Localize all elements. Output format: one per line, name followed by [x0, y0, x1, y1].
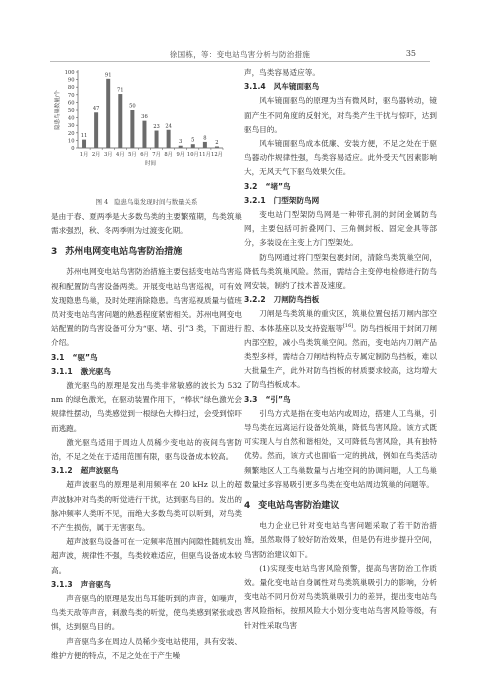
section-heading-3-2-1: 3.2.1门型架防鸟网 [244, 194, 437, 208]
y-tick-label: 80 [68, 85, 75, 91]
section-heading-4: 4变电站鸟害防治建议 [244, 498, 437, 514]
bar-value-label: 5 [191, 138, 194, 144]
paragraph: 激光驱鸟适用于周边人员稀少变电站的夜间鸟害防治，不足之处在于适用范围有限，驱鸟设… [51, 436, 242, 464]
x-tick-label: 9月 [176, 150, 185, 158]
x-tick-label: 2月 [92, 150, 101, 158]
figure-label: 图 4 [96, 198, 109, 206]
running-title: 徐国栋，等：变电站鸟害分析与防治措施 [50, 49, 430, 60]
bar [94, 112, 98, 148]
paragraph: 变电站门型架防鸟网是一种带孔洞的封闭金属防鸟网，主要包括可折叠网门、三角侧封板、… [244, 208, 437, 251]
paragraph: 是由于春、夏两季是大多数鸟类的主要繁殖期，鸟类筑巢需求强烈，秋、冬两季则为过渡变… [51, 210, 242, 238]
figure-caption: 图 4 隐患鸟巢发现时间与数量关系 [51, 196, 242, 208]
y-tick-label: 10 [68, 138, 75, 144]
y-tick-label: 30 [68, 123, 75, 129]
x-tick-label: 8月 [164, 150, 173, 158]
x-tick-label: 12月 [211, 150, 223, 158]
left-column: 0102030405060708090100隐患鸟巢数量/个111月472月91… [51, 66, 242, 663]
bar-value-label: 3 [179, 139, 182, 145]
paragraph: 风车镜面驱鸟的原理为当有微风时，驱鸟器转动，镜面产生不同角度的反射光，对鸟类产生… [244, 94, 437, 137]
bar [215, 146, 219, 148]
y-tick-label: 50 [68, 108, 75, 114]
figure-caption-text: 隐患鸟巢发现时间与数量关系 [114, 198, 197, 206]
y-axis-label: 隐患鸟巢数量/个 [53, 90, 61, 130]
y-tick-label: 60 [68, 100, 75, 106]
paragraph: 声音驱鸟多在周边人员稀少变电站使用，具有安装、维护方便的特点，不足之处在于产生噪 [51, 635, 242, 663]
section-heading-3-2: 3.2“堵”鸟 [244, 180, 437, 194]
paragraph: 激光驱鸟的原理是发出鸟类非常敏感的波长为 532 nm 的绿色激光，在驱动装置作… [51, 379, 242, 436]
section-heading-3-3: 3.3“引”鸟 [244, 393, 437, 407]
running-header: 徐国栋，等：变电站鸟害分析与防治措施 35 [50, 45, 430, 62]
paragraph: 超声波驱鸟的原理是利用频率在 20 kHz 以上的超声波脉冲对鸟类的听觉进行干扰… [51, 478, 242, 535]
paragraph: (1)实现变电站鸟害风险预警，提高鸟害防治工作质效。量化变电站自身属性对鸟类筑巢… [244, 562, 437, 633]
bar-value-label: 24 [165, 123, 172, 129]
paragraph: 声音驱鸟的原理是发出鸟耳能听到的声音，如噪声，鸟类天敌等声音，刺激鸟类的听觉，使… [51, 592, 242, 635]
section-heading-3-1-2: 3.1.2超声波驱鸟 [51, 464, 242, 478]
bar [118, 94, 122, 148]
y-tick-label: 0 [71, 146, 74, 152]
citation-ref: [16] [343, 323, 353, 329]
bar [191, 144, 195, 148]
bar-value-label: 71 [117, 88, 124, 94]
bar [203, 142, 207, 148]
bar [130, 110, 134, 148]
x-tick-label: 1月 [80, 150, 89, 158]
x-tick-label: 3月 [104, 150, 113, 158]
x-axis-label: 时间 [145, 159, 156, 167]
x-tick-label: 6月 [140, 150, 149, 158]
paragraph: 苏州电网变电站鸟害防治措施主要包括变电站鸟害巡视和配置防鸟害设备两类。开展变电站… [51, 265, 242, 350]
paragraph: 超声波驱鸟设备可在一定频率范围内间隙性随机发出超声波，规律性不强，鸟类较难适应，… [51, 535, 242, 578]
paragraph: 刀闸是鸟类筑巢的重灾区，筑巢位置包括刀闸内部空腔、本体基座以及支持瓷瓶等[16]… [244, 307, 437, 392]
bar [106, 79, 110, 148]
x-tick-label: 4月 [116, 150, 125, 158]
x-tick-label: 10月 [187, 150, 199, 158]
y-tick-label: 40 [68, 116, 75, 122]
right-column: 声，鸟类容易适应等。 3.1.4风车镜面驱鸟 风车镜面驱鸟的原理为当有微风时，驱… [244, 66, 437, 633]
section-heading-3-1: 3.1“驱”鸟 [51, 351, 242, 365]
y-tick-label: 70 [68, 93, 75, 99]
paragraph: 声，鸟类容易适应等。 [244, 66, 437, 80]
bar-value-label: 8 [203, 135, 206, 141]
x-tick-label: 11月 [199, 150, 211, 158]
figure-4-chart: 0102030405060708090100隐患鸟巢数量/个111月472月91… [51, 66, 242, 194]
bar-value-label: 2 [215, 140, 218, 146]
bar [142, 121, 146, 148]
y-tick-label: 100 [65, 70, 75, 76]
bar-value-label: 23 [153, 124, 160, 130]
bar-value-label: 11 [81, 133, 88, 139]
bar [179, 146, 183, 148]
section-heading-3-1-3: 3.1.3声音驱鸟 [51, 578, 242, 592]
section-heading-3-2-2: 3.2.2刀闸防鸟挡板 [244, 293, 437, 307]
bar-value-label: 36 [141, 114, 148, 120]
bar-chart: 0102030405060708090100隐患鸟巢数量/个111月472月91… [51, 66, 242, 194]
paragraph: 引鸟方式是指在变电站内或周边，搭建人工鸟巢，引导鸟类在远离运行设备处筑巢，降低鸟… [244, 407, 437, 492]
page-number: 35 [406, 49, 416, 58]
section-heading-3-1-4: 3.1.4风车镜面驱鸟 [244, 80, 437, 94]
x-tick-label: 5月 [128, 150, 137, 158]
x-tick-label: 7月 [152, 150, 161, 158]
bar-value-label: 91 [105, 72, 112, 78]
paragraph: 防鸟网通过将门型架包裹封闭，清除鸟类筑巢空间，降低鸟类筑巢风险。然而，需结合主变… [244, 251, 437, 294]
y-tick-label: 20 [68, 131, 75, 137]
bar [82, 140, 86, 148]
section-heading-3: 3苏州电网变电站鸟害防治措施 [51, 244, 242, 260]
bar-value-label: 50 [129, 104, 136, 110]
paragraph: 风车镜面驱鸟成本低廉、安装方便，不足之处在于驱鸟器动作规律性强，鸟类容易适应。此… [244, 137, 437, 180]
y-tick-label: 90 [68, 78, 75, 84]
paragraph: 电力企业已针对变电站鸟害问题采取了若干防治措施，虽然取得了较好防治效果，但是仍有… [244, 519, 437, 562]
bar-value-label: 47 [93, 106, 100, 112]
section-heading-3-1-1: 3.1.1激光驱鸟 [51, 365, 242, 379]
bar [167, 130, 171, 148]
bar [155, 131, 159, 148]
